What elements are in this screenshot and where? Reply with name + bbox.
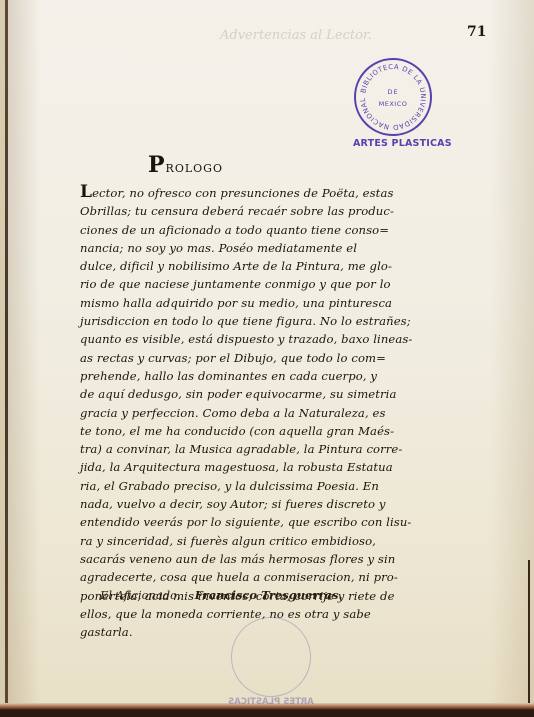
page-title: Prologo bbox=[148, 152, 223, 178]
text-line: dulce, dificil y nobilisimo Arte de la P… bbox=[80, 257, 490, 275]
text-line: agradecerte, cosa que huela a conmiserac… bbox=[80, 568, 490, 586]
title-initial: P bbox=[148, 152, 166, 178]
text-line: tra) a convinar, la Musica agradable, la… bbox=[80, 440, 490, 458]
text-line: rio de que naciese juntamente conmigo y … bbox=[80, 275, 490, 293]
text-line: te tono, el me ha conducido (con aquella… bbox=[80, 422, 490, 440]
manuscript-page: Advertencias al Lector. 71 BIBLIOTECA DE… bbox=[0, 0, 534, 710]
text-line: entendido veerás por lo siguiente, que e… bbox=[80, 513, 490, 531]
text-line: as rectas y curvas; por el Dibujo, que t… bbox=[80, 349, 490, 367]
text-line: ra y sinceridad, si fuerès algun critico… bbox=[80, 532, 490, 550]
bleed-through-stamp bbox=[231, 617, 311, 697]
stamp-center-top: DE bbox=[356, 88, 430, 96]
text-line: prehende, hallo las dominantes en cada c… bbox=[80, 367, 490, 385]
stamp-label: ARTES PLASTICAS bbox=[353, 138, 452, 149]
text-line: Lector, no ofresco con presunciones de P… bbox=[80, 183, 490, 202]
stamp-ring-text: BIBLIOTECA DE LA UNIVERSIDAD NACIONAL bbox=[356, 60, 430, 134]
text-line: ciones de un aficionado a todo quanto ti… bbox=[80, 221, 490, 239]
text-line: jida, la Arquitectura magestuosa, la rob… bbox=[80, 458, 490, 476]
text-line: Obrillas; tu censura deberá recaér sobre… bbox=[80, 202, 490, 220]
library-stamp: BIBLIOTECA DE LA UNIVERSIDAD NACIONAL DE… bbox=[354, 58, 432, 136]
text-line: jurisdiccion en todo lo que tiene figura… bbox=[80, 312, 490, 330]
stamp-center-bottom: MEXICO bbox=[356, 100, 430, 108]
title-rest: rologo bbox=[166, 158, 223, 176]
prologue-body: Lector, no ofresco con presunciones de P… bbox=[80, 183, 490, 641]
svg-text:BIBLIOTECA DE LA UNIVERSIDAD N: BIBLIOTECA DE LA UNIVERSIDAD NACIONAL bbox=[359, 63, 427, 131]
text-line: nada, vuelvo a decir, soy Autor; si fuer… bbox=[80, 495, 490, 513]
signature-role: El Aficionado, bbox=[100, 588, 181, 602]
signature: El Aficionado,Francisco Tresguerras. bbox=[100, 588, 342, 602]
binding-edge bbox=[5, 0, 8, 710]
signature-name: Francisco Tresguerras. bbox=[195, 588, 343, 602]
text-line: de aquí dedusgo, sin poder equivocarme, … bbox=[80, 385, 490, 403]
text-line: gracia y perfeccion. Como deba a la Natu… bbox=[80, 404, 490, 422]
bleed-through-header: Advertencias al Lector. bbox=[220, 28, 372, 43]
text-line: sacarás veneno aun de las más hermosas f… bbox=[80, 550, 490, 568]
page-number: 71 bbox=[467, 24, 486, 40]
bleed-through-stamp-label: ARTES PLASTICAS bbox=[228, 697, 314, 707]
text-line: ria, el Grabado preciso, y la dulcissima… bbox=[80, 477, 490, 495]
text-line: quanto es visible, está dispuesto y traz… bbox=[80, 330, 490, 348]
text-line: mismo halla adquirido por su medio, una … bbox=[80, 294, 490, 312]
text-line: nancia; no soy yo mas. Poséo mediatament… bbox=[80, 239, 490, 257]
drop-cap: L bbox=[80, 182, 92, 202]
page-right-edge bbox=[528, 560, 530, 708]
